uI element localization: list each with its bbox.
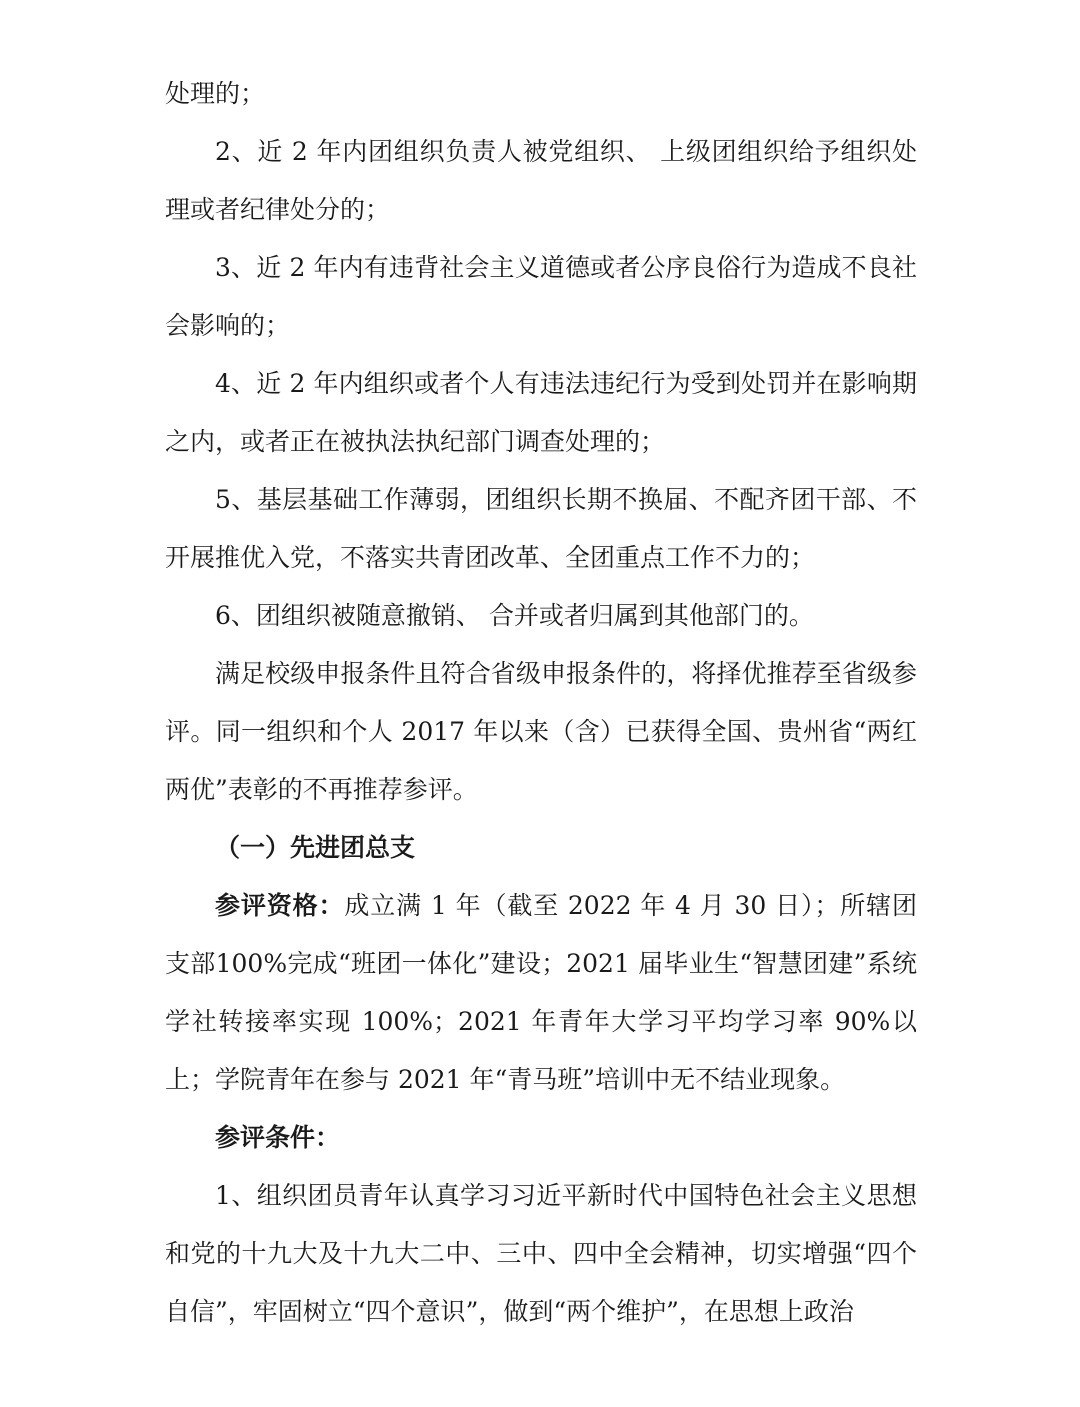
disqualification-item-4: 4、近 2 年内组织或者个人有违法违纪行为受到处罚并在影响期之内，或者正在被执法…: [165, 355, 917, 471]
continuation-text: 处理的；: [165, 65, 917, 123]
document-page: 处理的； 2、近 2 年内团组织负责人被党组织、 上级团组织给予组织处理或者纪律…: [165, 65, 917, 1341]
recommendation-note: 满足校级申报条件且符合省级申报条件的，将择优推荐至省级参评。同一组织和个人 20…: [165, 645, 917, 819]
eligibility-label: 参评资格：: [215, 891, 344, 920]
disqualification-item-6: 6、团组织被随意撤销、 合并或者归属到其他部门的。: [165, 587, 917, 645]
disqualification-item-2: 2、近 2 年内团组织负责人被党组织、 上级团组织给予组织处理或者纪律处分的；: [165, 123, 917, 239]
section-title: （一）先进团总支: [165, 819, 917, 877]
disqualification-item-5: 5、基层基础工作薄弱，团组织长期不换届、不配齐团干部、不开展推优入党，不落实共青…: [165, 471, 917, 587]
conditions-label: 参评条件：: [215, 1123, 340, 1152]
condition-item-1: 1、组织团员青年认真学习习近平新时代中国特色社会主义思想和党的十九大及十九大二中…: [165, 1167, 917, 1341]
eligibility-paragraph: 参评资格：成立满 1 年（截至 2022 年 4 月 30 日）；所辖团支部10…: [165, 877, 917, 1109]
conditions-label-paragraph: 参评条件：: [165, 1109, 917, 1167]
eligibility-text: 成立满 1 年（截至 2022 年 4 月 30 日）；所辖团支部100%完成“…: [165, 891, 917, 1094]
disqualification-item-3: 3、近 2 年内有违背社会主义道德或者公序良俗行为造成不良社会影响的；: [165, 239, 917, 355]
